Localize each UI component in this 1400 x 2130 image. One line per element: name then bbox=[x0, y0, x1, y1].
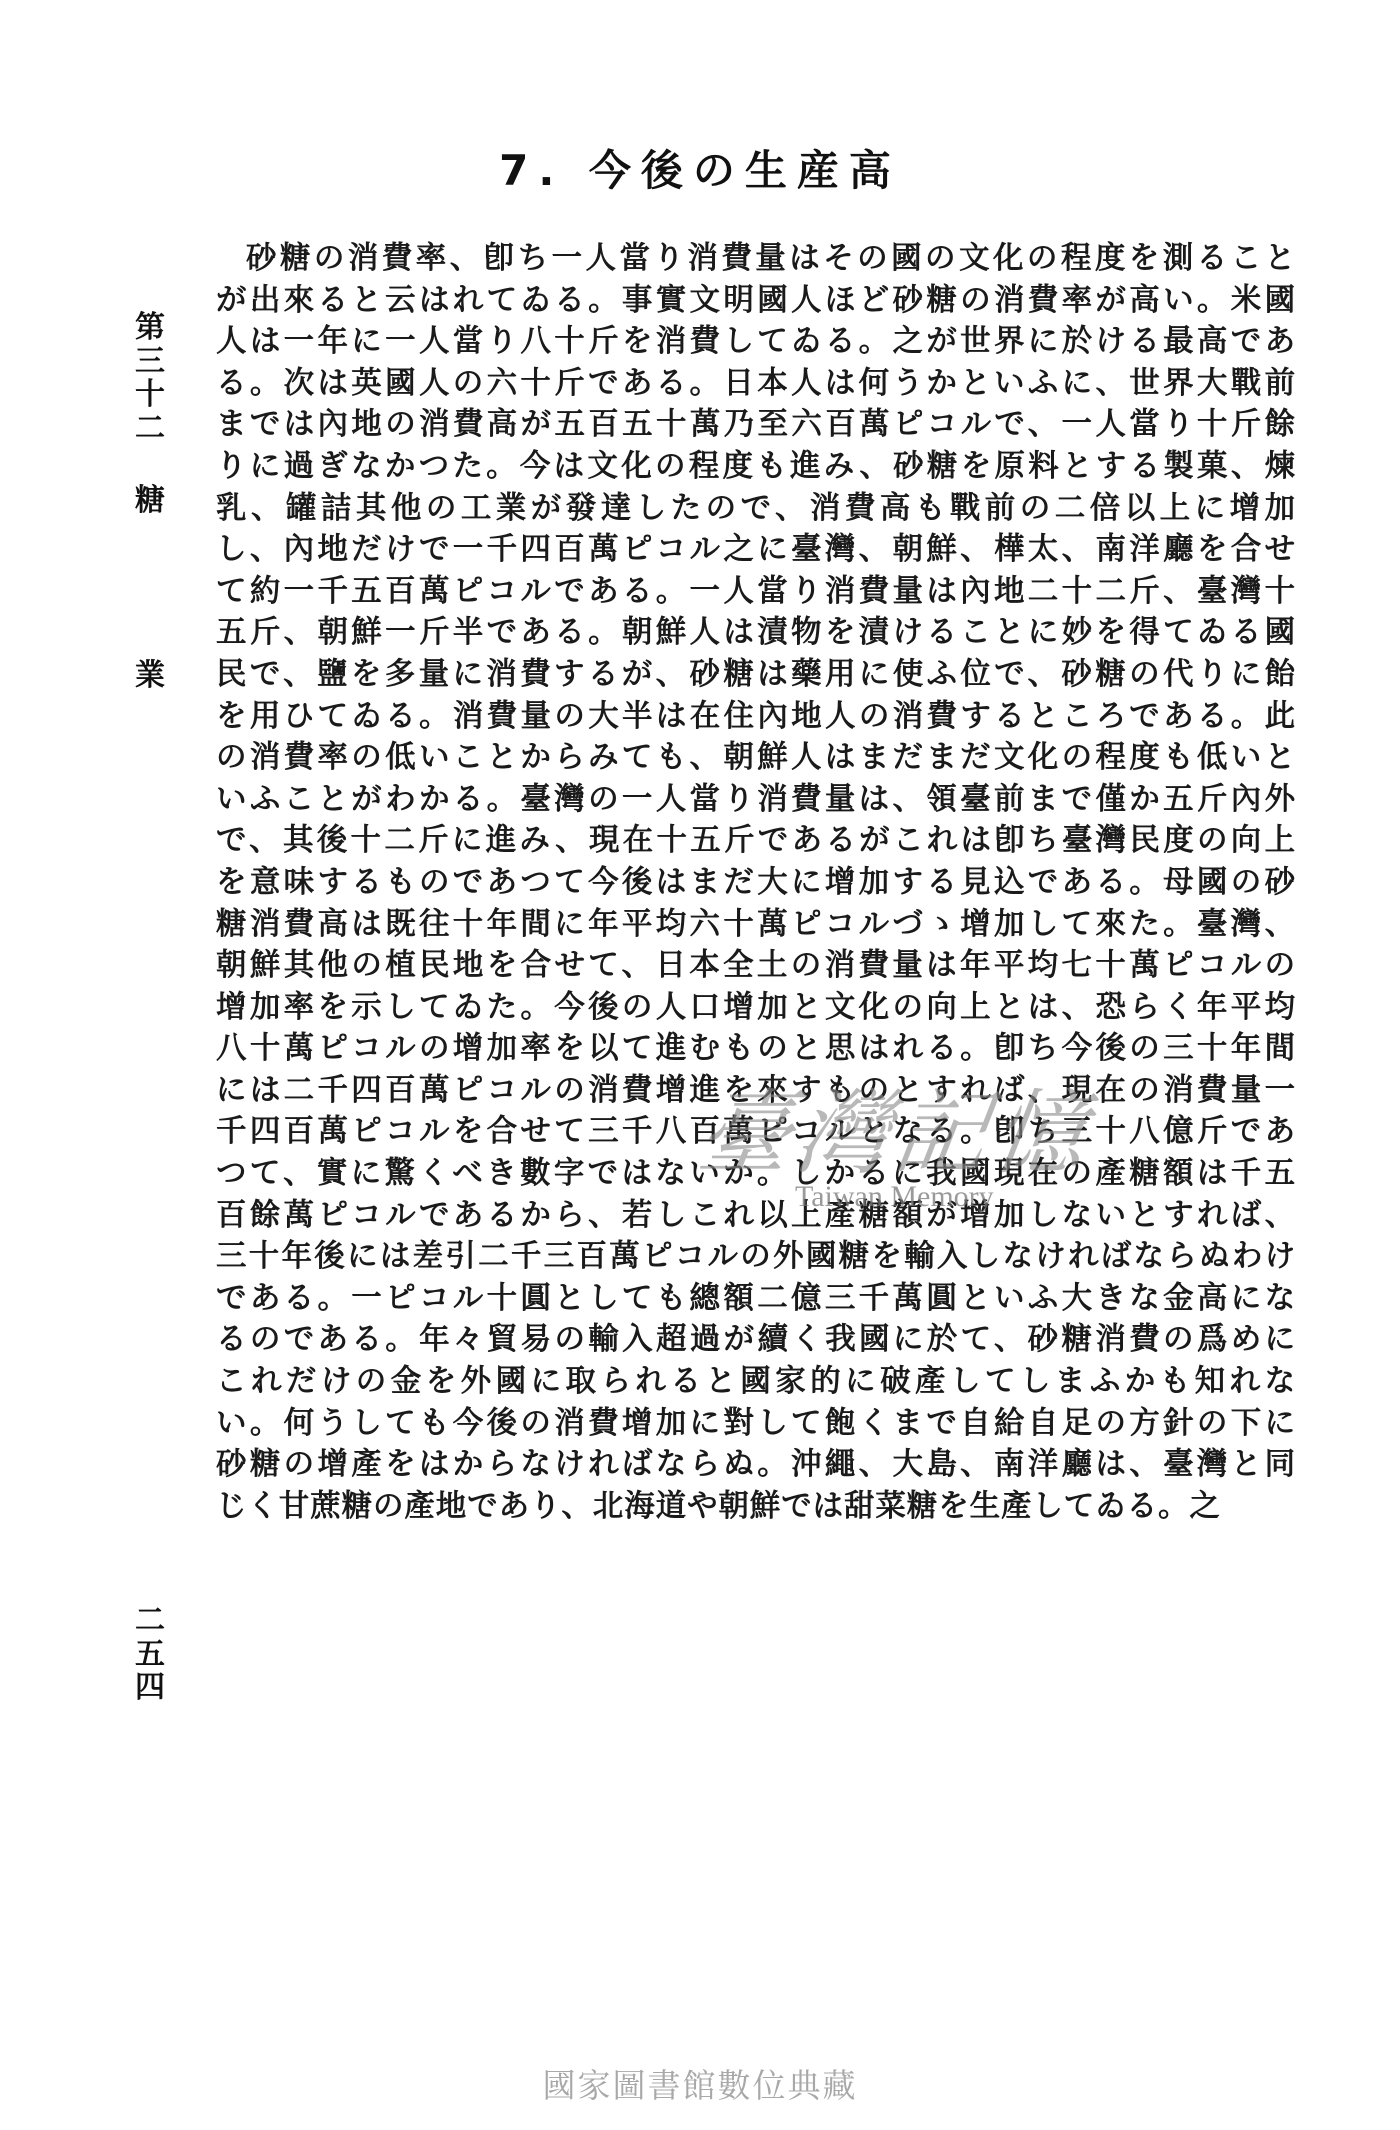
text-line: つて、實に驚くべき數字ではないか。しかるに我國現在の產糖額は千五 bbox=[216, 1153, 1296, 1195]
page-number-char: 四 bbox=[120, 1672, 180, 1704]
text-line: 砂糖の消費率、卽ち一人當り消費量はその國の文化の程度を測ること bbox=[216, 238, 1296, 280]
margin-chapter-number: 第 三 十 二 bbox=[120, 312, 180, 446]
library-footer: 國家圖書館數位典藏 bbox=[0, 2060, 1400, 2107]
text-line: で、其後十二斤に進み、現在十五斤であるがこれは卽ち臺灣民度の向上 bbox=[216, 820, 1296, 862]
text-line: じく甘蔗糖の產地であり、北海道や朝鮮では甜菜糖を生產してゐる。之 bbox=[216, 1486, 1296, 1528]
text-line: るのである。年々貿易の輸入超過が續く我國に於て、砂糖消費の爲めに bbox=[216, 1319, 1296, 1361]
text-line: である。一ピコル十圓としても總額二億三千萬圓といふ大きな金高にな bbox=[216, 1278, 1296, 1320]
page-number: 二 五 四 bbox=[120, 1605, 180, 1706]
text-line: これだけの金を外國に取られると國家的に破產してしまふかも知れな bbox=[216, 1361, 1296, 1403]
text-line: 八十萬ピコルの增加率を以て進むものと思はれる。卽ち今後の三十年間 bbox=[216, 1028, 1296, 1070]
text-line: い。何うしても今後の消費增加に對して飽くまで自給自足の方針の下に bbox=[216, 1403, 1296, 1445]
page-number-char: 二 bbox=[120, 1605, 180, 1637]
margin-char: 十 bbox=[120, 379, 180, 411]
text-line: 五斤、朝鮮一斤半である。朝鮮人は漬物を漬けることに妙を得てゐる國 bbox=[216, 612, 1296, 654]
text-line: 乳、罐詰其他の工業が發達したので、消費高も戰前の二倍以上に增加 bbox=[216, 488, 1296, 530]
text-line: の消費率の低いことからみても、朝鮮人はまだまだ文化の程度も低いと bbox=[216, 737, 1296, 779]
margin-chapter-name-1: 糖 bbox=[120, 485, 180, 519]
text-line: 朝鮮其他の植民地を合せて、日本全土の消費量は年平均七十萬ピコルの bbox=[216, 945, 1296, 987]
text-line: し、內地だけで一千四百萬ピコル之に臺灣、朝鮮、樺太、南洋廳を合せ bbox=[216, 529, 1296, 571]
text-line: までは內地の消費高が五百五十萬乃至六百萬ピコルで、一人當り十斤餘 bbox=[216, 404, 1296, 446]
text-line: 千四百萬ピコルを合せて三千八百萬ピコルとなる。卽ち三十八億斤であ bbox=[216, 1111, 1296, 1153]
body-text: 砂糖の消費率、卽ち一人當り消費量はその國の文化の程度を測ること が出來ると云はれ… bbox=[216, 238, 1296, 1527]
text-line: りに過ぎなかつた。今は文化の程度も進み、砂糖を原料とする製菓、煉 bbox=[216, 446, 1296, 488]
text-line: 百餘萬ピコルであるから、若しこれ以上產糖額が增加しないとすれば、 bbox=[216, 1195, 1296, 1237]
text-line: が出來ると云はれてゐる。事實文明國人ほど砂糖の消費率が高い。米國 bbox=[216, 280, 1296, 322]
margin-char: 二 bbox=[120, 413, 180, 445]
text-line: いふことがわかる。臺灣の一人當り消費量は、領臺前まで僅か五斤內外 bbox=[216, 779, 1296, 821]
text-line: 糖消費高は既往十年間に年平均六十萬ピコルづゝ增加して來た。臺灣、 bbox=[216, 904, 1296, 946]
text-line: を意味するものであつて今後はまだ大に增加する見込である。母國の砂 bbox=[216, 862, 1296, 904]
text-line: 民で、鹽を多量に消費するが、砂糖は藥用に使ふ位で、砂糖の代りに飴 bbox=[216, 654, 1296, 696]
margin-chapter-name-2: 業 bbox=[120, 660, 180, 694]
text-line: を用ひてゐる。消費量の大半は在住內地人の消費するところである。此 bbox=[216, 696, 1296, 738]
margin-char: 三 bbox=[120, 346, 180, 378]
margin-char: 糖 bbox=[120, 485, 180, 517]
text-line: 砂糖の增產をはからなければならぬ。沖繩、大島、南洋廳は、臺灣と同 bbox=[216, 1444, 1296, 1486]
book-page: 7. 今後の生産高 第 三 十 二 糖 業 二 五 四 砂糖の消費率、卽ち一人當… bbox=[0, 0, 1400, 2130]
text-line: には二千四百萬ピコルの消費增進を來すものとすれば、現在の消費量一 bbox=[216, 1070, 1296, 1112]
text-line: 三十年後には差引二千三百萬ピコルの外國糖を輸入しなければならぬわけ bbox=[216, 1236, 1296, 1278]
text-line: 增加率を示してゐた。今後の人口增加と文化の向上とは、恐らく年平均 bbox=[216, 987, 1296, 1029]
text-line: る。次は英國人の六十斤である。日本人は何うかといふに、世界大戰前 bbox=[216, 363, 1296, 405]
text-line: 人は一年に一人當り八十斤を消費してゐる。之が世界に於ける最高であ bbox=[216, 321, 1296, 363]
margin-char: 業 bbox=[120, 660, 180, 692]
text-line: て約一千五百萬ピコルである。一人當り消費量は內地二十二斤、臺灣十 bbox=[216, 571, 1296, 613]
page-number-char: 五 bbox=[120, 1639, 180, 1671]
section-title: 7. 今後の生産高 bbox=[0, 138, 1400, 198]
margin-char: 第 bbox=[120, 312, 180, 344]
